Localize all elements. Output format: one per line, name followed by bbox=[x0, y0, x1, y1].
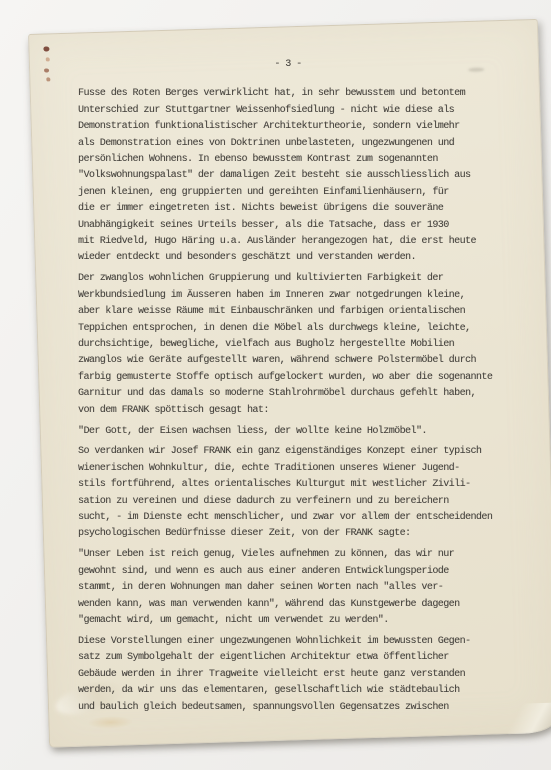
quote-paragraph: "Unser Leben ist reich genug, Vieles auf… bbox=[78, 547, 498, 629]
page-number: - 3 - bbox=[78, 57, 498, 73]
typewritten-text: - 3 - Fusse des Roten Berges verwirklich… bbox=[78, 57, 498, 720]
ink-mark bbox=[44, 68, 49, 72]
paragraph: Fusse des Roten Berges verwirklicht hat,… bbox=[78, 86, 498, 266]
page-corner-curl bbox=[500, 703, 551, 735]
scan-background: - 3 - Fusse des Roten Berges verwirklich… bbox=[0, 0, 551, 770]
quote-paragraph: "Der Gott, der Eisen wachsen liess, der … bbox=[78, 424, 498, 440]
ink-mark bbox=[46, 77, 50, 81]
ink-mark bbox=[46, 57, 50, 61]
paragraph: Der zwanglos wohnlichen Gruppierung und … bbox=[78, 271, 498, 419]
paragraph: Diese Vorstellungen einer ungezwungenen … bbox=[78, 634, 498, 716]
ink-mark bbox=[43, 46, 49, 51]
paragraph: So verdanken wir Josef FRANK ein ganz ei… bbox=[78, 444, 498, 542]
